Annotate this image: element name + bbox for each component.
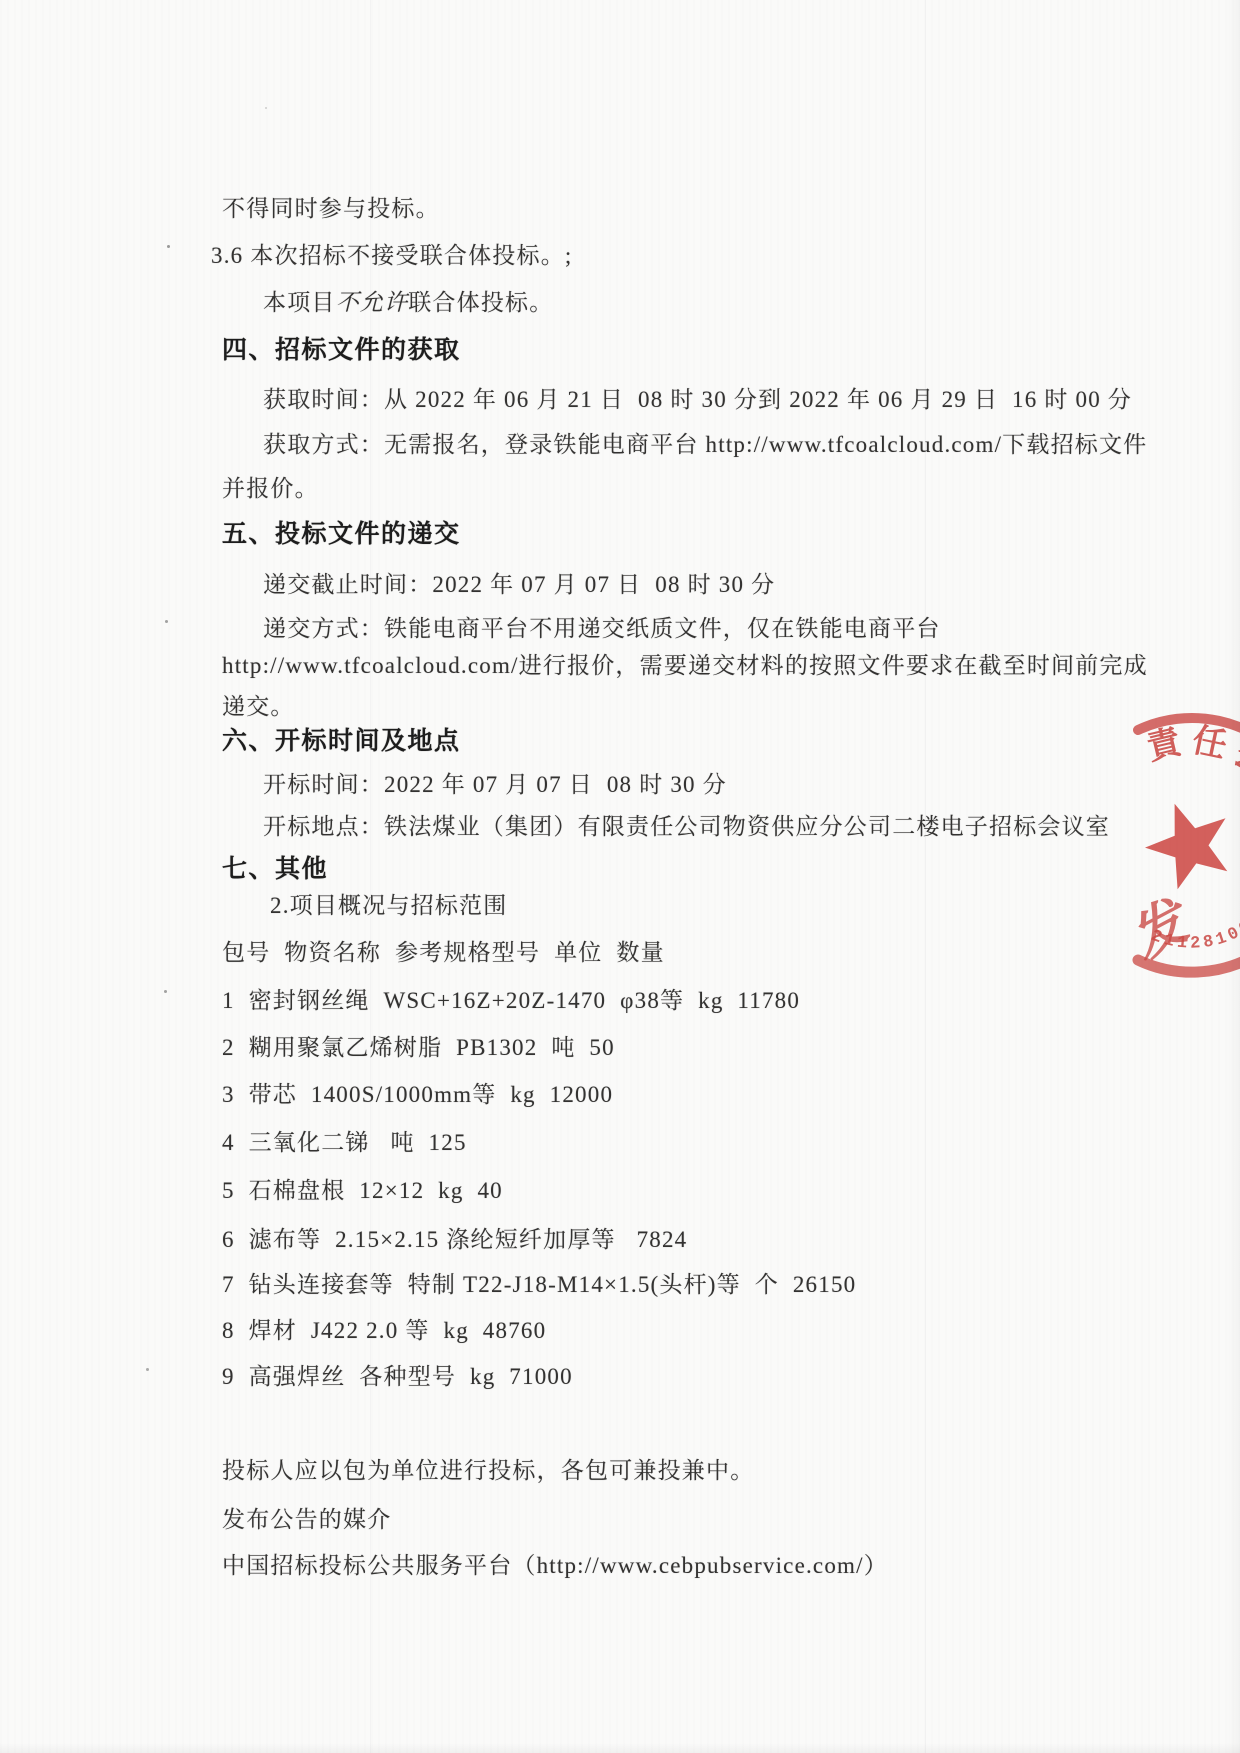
scan-speck (164, 990, 167, 993)
package-row: 2 糊用聚氯乙烯树脂 PB1302 吨 50 (222, 1035, 615, 1061)
clause-3-6: 3.6 本次招标不接受联合体投标。; (211, 243, 573, 269)
package-row: 7 钻头连接套等 特制 T22-J18-M14×1.5(头杆)等 个 26150 (222, 1272, 856, 1298)
seal-ring-top (1138, 718, 1240, 763)
submission-deadline: 递交截止时间：2022 年 07 月 07 日 08 时 30 分 (263, 572, 775, 598)
scanned-tender-document-page: 不得同时参与投标。 3.6 本次招标不接受联合体投标。; 本项目不允许联合体投标… (0, 0, 1240, 1753)
scan-speck (146, 1368, 149, 1371)
scan-speck (167, 245, 170, 248)
project-scope-subtitle: 2.项目概况与招标范围 (270, 893, 507, 919)
package-row: 5 石棉盘根 12×12 kg 40 (222, 1178, 503, 1204)
submission-method-cont1: http://www.tfcoalcloud.com/进行报价，需要递交材料的按… (222, 653, 1148, 679)
package-row: 6 滤布等 2.15×2.15 涤纶短纤加厚等 7824 (222, 1227, 687, 1253)
paragraph-no-joint-bidding: 不得同时参与投标。 (222, 196, 440, 222)
scan-speck (265, 107, 267, 109)
announcement-media-label: 发布公告的媒介 (222, 1507, 391, 1533)
section-7-heading: 七、其他 (222, 855, 328, 884)
package-row: 4 三氧化二锑 吨 125 (222, 1130, 467, 1156)
seal-ring-bottom (1138, 955, 1240, 972)
obtain-method: 获取方式：无需报名，登录铁能电商平台 http://www.tfcoalclou… (263, 432, 1147, 458)
package-row: 3 带芯 1400S/1000mm等 kg 12000 (222, 1082, 613, 1108)
scan-edge-shadow (0, 1743, 1240, 1753)
package-table-header: 包号 物资名称 参考规格型号 单位 数量 (222, 940, 665, 966)
section-6-heading: 六、开标时间及地点 (222, 727, 461, 756)
clause-no-consortium: 本项目不允许联合体投标。 (263, 290, 553, 316)
seal-star-icon (1145, 804, 1227, 890)
scan-seam (925, 0, 926, 1753)
bidding-by-package-note: 投标人应以包为单位进行投标，各包可兼投兼中。 (222, 1458, 754, 1484)
opening-place: 开标地点：铁法煤业（集团）有限责任公司物资供应分公司二楼电子招标会议室 (263, 814, 1110, 840)
announcement-platform: 中国招标投标公共服务平台（http://www.cebpubservice.co… (222, 1553, 888, 1579)
scan-edge-shadow (1226, 0, 1240, 1753)
company-seal: 責任公司招标 21128100 发 (0, 0, 1240, 1753)
package-row: 1 密封钢丝绳 WSC+16Z+20Z-1470 φ38等 kg 11780 (222, 988, 800, 1014)
submission-method-cont2: 递交。 (222, 694, 295, 720)
seal-handwritten-mark: 发 (1121, 889, 1202, 970)
clause-no-consortium-pre: 本项目 (263, 290, 336, 315)
clause-no-consortium-emphasis: 不允许 (336, 290, 409, 315)
opening-time: 开标时间：2022 年 07 月 07 日 08 时 30 分 (263, 772, 727, 798)
package-row: 8 焊材 J422 2.0 等 kg 48760 (222, 1318, 546, 1344)
obtain-method-cont: 并报价。 (222, 476, 319, 502)
section-5-heading: 五、投标文件的递交 (222, 520, 461, 549)
submission-method: 递交方式：铁能电商平台不用递交纸质文件，仅在铁能电商平台 (263, 616, 941, 642)
section-4-heading: 四、招标文件的获取 (222, 336, 461, 365)
obtain-time: 获取时间：从 2022 年 06 月 21 日 08 时 30 分到 2022 … (263, 387, 1132, 413)
scan-speck (165, 620, 168, 623)
clause-no-consortium-post: 联合体投标。 (408, 290, 553, 315)
package-row: 9 高强焊丝 各种型号 kg 71000 (222, 1364, 573, 1390)
